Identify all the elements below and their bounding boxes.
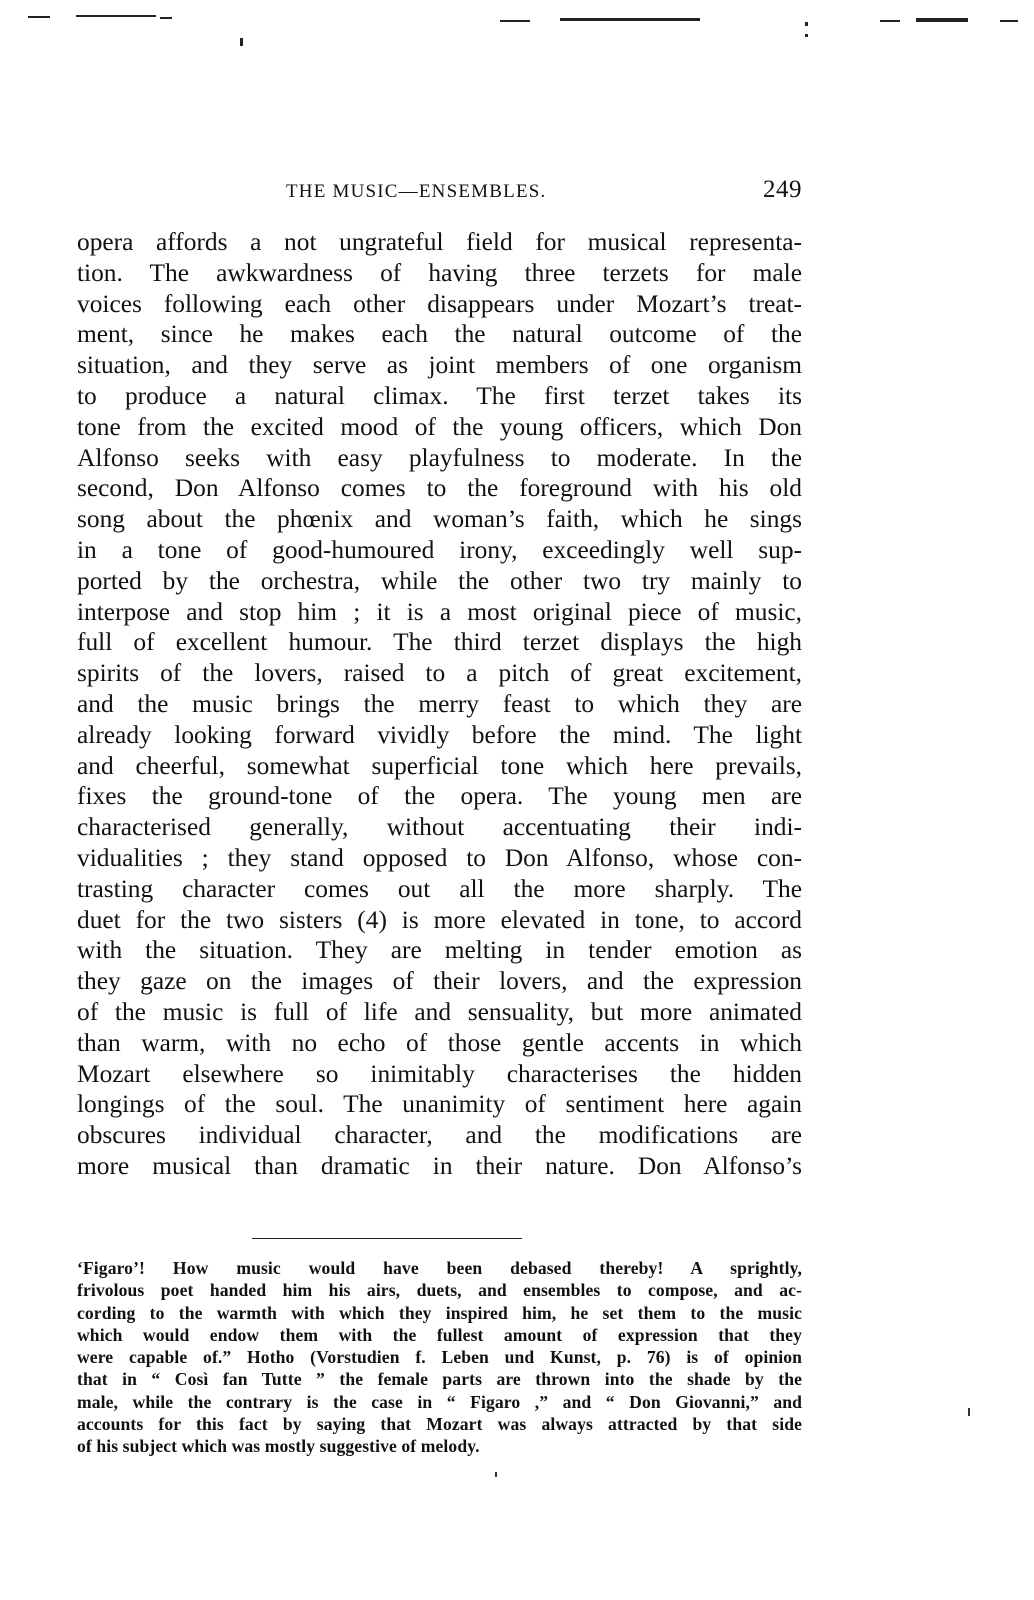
page-number: 249 xyxy=(763,176,802,204)
text-line: Alfonso seeks with easy playfulness to m… xyxy=(77,443,802,474)
footnote-line: that in “ Così fan Tutte ” the female pa… xyxy=(77,1368,802,1390)
scan-mark xyxy=(805,34,808,37)
scan-mark xyxy=(1000,20,1018,22)
footnote-divider xyxy=(252,1238,522,1239)
text-line: in a tone of good-humoured irony, exceed… xyxy=(77,535,802,566)
scan-mark xyxy=(560,18,700,21)
body-text: opera affords a not ungrateful field for… xyxy=(77,227,802,1182)
scan-speck xyxy=(968,1408,970,1416)
text-line: ported by the orchestra, while the other… xyxy=(77,566,802,597)
text-line: to produce a natural climax. The first t… xyxy=(77,381,802,412)
text-line: they gaze on the images of their lovers,… xyxy=(77,966,802,997)
text-line: already looking forward vividly before t… xyxy=(77,720,802,751)
footnote-line: male, while the contrary is the case in … xyxy=(77,1391,802,1413)
text-line: and the music brings the merry feast to … xyxy=(77,689,802,720)
text-line: longings of the soul. The unanimity of s… xyxy=(77,1089,802,1120)
scan-mark xyxy=(500,20,530,22)
text-line: song about the phœnix and woman’s faith,… xyxy=(77,504,802,535)
scan-mark xyxy=(916,18,968,22)
scan-mark xyxy=(240,38,243,46)
text-line: ment, since he makes each the natural ou… xyxy=(77,319,802,350)
text-line: opera affords a not ungrateful field for… xyxy=(77,227,802,258)
running-head: THE MUSIC—ENSEMBLES. 249 xyxy=(262,176,802,208)
text-line: interpose and stop him ; it is a most or… xyxy=(77,597,802,628)
text-line: more musical than dramatic in their natu… xyxy=(77,1151,802,1182)
scan-mark xyxy=(28,16,50,18)
footnote-line: accounts for this fact by saying that Mo… xyxy=(77,1413,802,1435)
footnote: ‘Figaro’! How music would have been deba… xyxy=(77,1257,802,1458)
footnote-line: ‘Figaro’! How music would have been deba… xyxy=(77,1257,802,1279)
footnote-line: were capable of.” Hotho (Vorstudien f. L… xyxy=(77,1346,802,1368)
text-line: duet for the two sisters (4) is more ele… xyxy=(77,905,802,936)
text-line: tone from the excited mood of the young … xyxy=(77,412,802,443)
footnote-line: of his subject which was mostly suggesti… xyxy=(77,1435,802,1457)
text-line: Mozart elsewhere so inimitably character… xyxy=(77,1059,802,1090)
text-line: full of excellent humour. The third terz… xyxy=(77,627,802,658)
footnote-line: frivolous poet handed him his airs, duet… xyxy=(77,1279,802,1301)
running-title: THE MUSIC—ENSEMBLES. xyxy=(286,181,546,203)
text-line: with the situation. They are melting in … xyxy=(77,935,802,966)
scan-mark xyxy=(880,20,900,22)
text-line: and cheerful, somewhat superficial tone … xyxy=(77,751,802,782)
text-line: vidualities ; they stand opposed to Don … xyxy=(77,843,802,874)
text-line: spirits of the lovers, raised to a pitch… xyxy=(77,658,802,689)
text-line: fixes the ground-tone of the opera. The … xyxy=(77,781,802,812)
footnote-line: which would endow them with the fullest … xyxy=(77,1324,802,1346)
footnote-line: cording to the warmth with which they in… xyxy=(77,1302,802,1324)
scan-artifacts xyxy=(0,0,1034,40)
text-line: tion. The awkwardness of having three te… xyxy=(77,258,802,289)
text-line: characterised generally, without accentu… xyxy=(77,812,802,843)
scan-mark xyxy=(160,17,172,19)
text-line: trasting character comes out all the mor… xyxy=(77,874,802,905)
scan-mark xyxy=(805,22,808,26)
text-line: than warm, with no echo of those gentle … xyxy=(77,1028,802,1059)
text-line: situation, and they serve as joint membe… xyxy=(77,350,802,381)
scan-speck xyxy=(495,1472,497,1477)
text-line: second, Don Alfonso comes to the foregro… xyxy=(77,473,802,504)
text-line: voices following each other disappears u… xyxy=(77,289,802,320)
text-line: obscures individual character, and the m… xyxy=(77,1120,802,1151)
text-line: of the music is full of life and sensual… xyxy=(77,997,802,1028)
scan-mark xyxy=(76,15,156,17)
